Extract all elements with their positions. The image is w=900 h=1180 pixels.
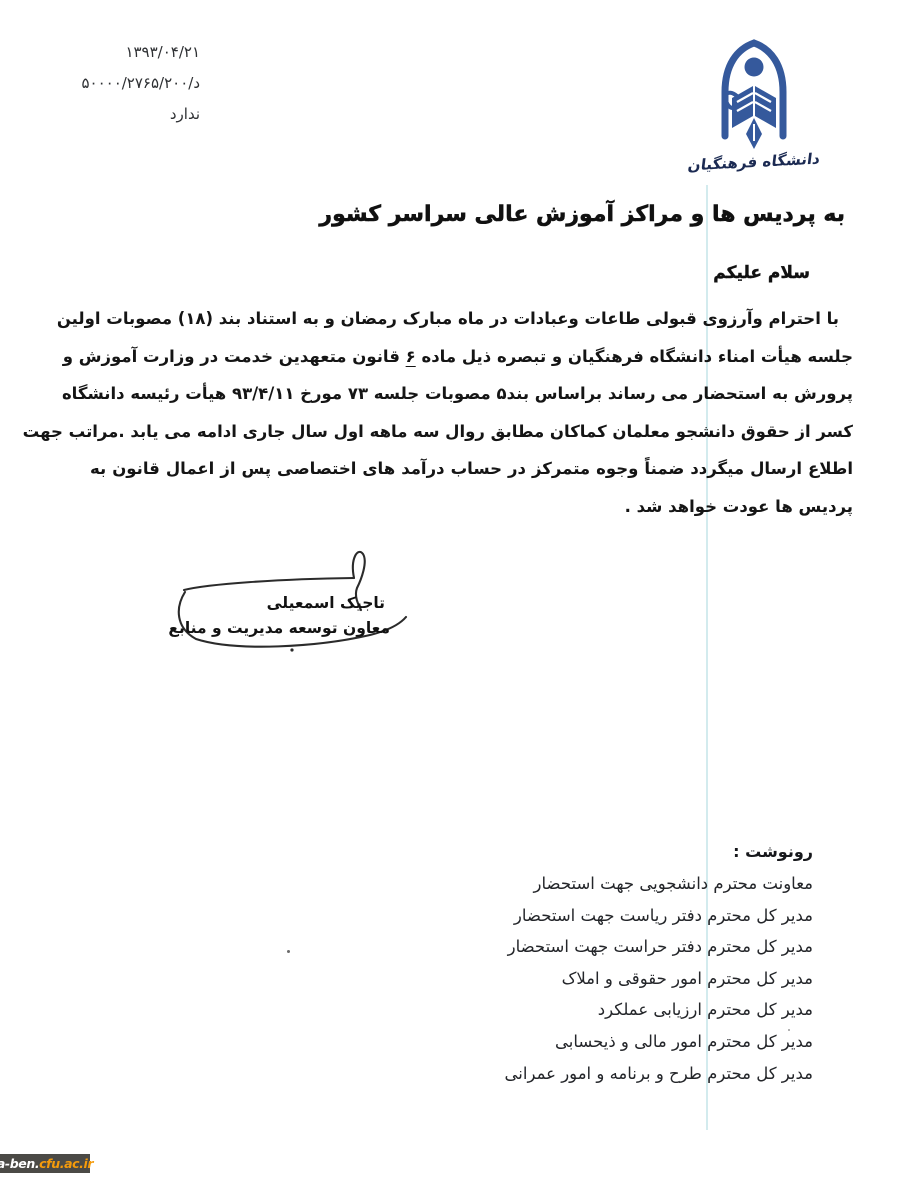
signatory-title: معاون توسعه مدیریت و منابع bbox=[168, 619, 390, 637]
scanned-letter-page: ۱۳۹۳/۰۴/۲۱ د/۵۰۰۰۰/۲۷۶۵/۲۰۰ ندارد دانشگا… bbox=[0, 0, 900, 1180]
signatory-name: تاجیک اسمعیلی bbox=[267, 594, 385, 612]
scan-artifact-dot bbox=[788, 1029, 790, 1031]
cc-item-1: معاونت محترم دانشجویی جهت استحضار bbox=[505, 868, 813, 900]
site-url-prefix: a-ben. bbox=[0, 1156, 39, 1171]
logo-wordmark: دانشگاه فرهنگیان bbox=[686, 150, 821, 175]
body-line-2: جلسه هیأت امناء دانشگاه فرهنگیان و تبصره… bbox=[90, 338, 853, 376]
cc-label: رونوشت : bbox=[505, 835, 813, 868]
scan-artifact-dot bbox=[287, 950, 290, 953]
body-line-4: کسر از حقوق دانشجو معلمان کماکان مطابق ر… bbox=[90, 413, 853, 451]
cc-item-4: مدیر کل محترم امور حقوقی و املاک bbox=[505, 963, 813, 995]
body-line-1: با احترام وآرزوی قبولی طاعات وعبادات در … bbox=[90, 300, 853, 338]
body-line-6: پردیس ها عودت خواهد شد . bbox=[90, 488, 853, 526]
underlined-article-number: ۶ bbox=[406, 347, 416, 366]
body-line-2-text: جلسه هیأت امناء دانشگاه فرهنگیان و تبصره… bbox=[416, 347, 853, 366]
cc-item-3: مدیر کل محترم دفتر حراست جهت استحضار bbox=[505, 931, 813, 963]
site-url-domain: cfu.ac.ir bbox=[39, 1156, 93, 1171]
letter-date: ۱۳۹۳/۰۴/۲۱ bbox=[81, 42, 200, 63]
body-paragraph: با احترام وآرزوی قبولی طاعات وعبادات در … bbox=[90, 300, 853, 525]
recipient-heading: به پردیس ها و مراکز آموزش عالی سراسر کشو… bbox=[319, 202, 845, 227]
letterhead-meta: ۱۳۹۳/۰۴/۲۱ د/۵۰۰۰۰/۲۷۶۵/۲۰۰ ندارد bbox=[81, 42, 200, 135]
university-emblem-icon bbox=[701, 38, 807, 152]
letter-number: د/۵۰۰۰۰/۲۷۶۵/۲۰۰ bbox=[81, 73, 200, 94]
cc-item-6: مدیر کل محترم امور مالی و ذیحسابی bbox=[505, 1026, 813, 1058]
greeting-line: سلام علیکم bbox=[713, 263, 810, 283]
cc-item-7: مدیر کل محترم طرح و برنامه و امور عمرانی bbox=[505, 1058, 813, 1090]
cc-block: رونوشت : معاونت محترم دانشجویی جهت استحض… bbox=[505, 835, 813, 1089]
body-line-2-tail: قانون متعهدین خدمت در وزارت آموزش و bbox=[63, 347, 406, 366]
letter-attachment: ندارد bbox=[81, 104, 200, 125]
university-logo: دانشگاه فرهنگیان bbox=[688, 38, 820, 171]
footer-site-bar: a-ben.cfu.ac.ir bbox=[0, 1154, 90, 1173]
body-line-3: پرورش به استحضار می رساند براساس بند۵ مص… bbox=[90, 375, 853, 413]
emblem-sun bbox=[745, 58, 764, 77]
cc-item-2: مدیر کل محترم دفتر ریاست جهت استحضار bbox=[505, 900, 813, 932]
body-line-5: اطلاع ارسال میگردد ضمناً وجوه متمرکز در … bbox=[90, 450, 853, 488]
cc-item-5: مدیر کل محترم ارزیابی عملکرد bbox=[505, 994, 813, 1026]
